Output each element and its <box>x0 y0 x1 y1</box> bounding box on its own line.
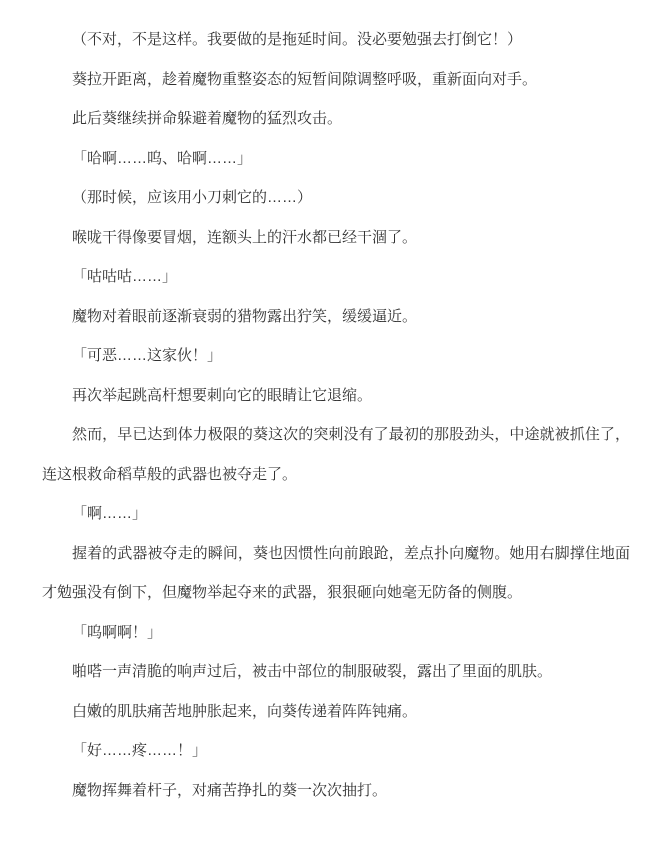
paragraph: 白嫩的肌肤痛苦地肿胀起来，向葵传递着阵阵钝痛。 <box>42 692 630 732</box>
paragraph: 「啊……」 <box>42 494 630 534</box>
paragraph: 「呜啊啊！」 <box>42 613 630 653</box>
paragraph: （那时候，应该用小刀刺它的……） <box>42 178 630 218</box>
paragraph: 再次举起跳高杆想要刺向它的眼睛让它退缩。 <box>42 376 630 416</box>
paragraph: 握着的武器被夺走的瞬间，葵也因惯性向前踉跄，差点扑向魔物。她用右脚撑住地面才勉强… <box>42 534 630 613</box>
paragraph: 魔物对着眼前逐渐衰弱的猎物露出狞笑，缓缓逼近。 <box>42 297 630 337</box>
paragraph: 然而，早已达到体力极限的葵这次的突刺没有了最初的那股劲头，中途就被抓住了，连这根… <box>42 415 630 494</box>
novel-reader: { "page": { "background_color": "#ffffff… <box>0 0 650 850</box>
paragraph: 「好……疼……！」 <box>42 731 630 771</box>
paragraph: 「咕咕咕……」 <box>42 257 630 297</box>
paragraph: 葵拉开距离，趁着魔物重整姿态的短暂间隙调整呼吸，重新面向对手。 <box>42 60 630 100</box>
paragraph: 「可恶……这家伙！」 <box>42 336 630 376</box>
paragraph: 此后葵继续拼命躲避着魔物的猛烈攻击。 <box>42 99 630 139</box>
novel-text-page: （不对，不是这样。我要做的是拖延时间。没必要勉强去打倒它！）葵拉开距离，趁着魔物… <box>0 0 650 850</box>
paragraph: 「哈啊……呜、哈啊……」 <box>42 139 630 179</box>
paragraph: 啪嗒一声清脆的响声过后，被击中部位的制服破裂，露出了里面的肌肤。 <box>42 652 630 692</box>
paragraph: （不对，不是这样。我要做的是拖延时间。没必要勉强去打倒它！） <box>42 20 630 60</box>
paragraph: 魔物挥舞着杆子，对痛苦挣扎的葵一次次抽打。 <box>42 771 630 811</box>
paragraph: 喉咙干得像要冒烟，连额头上的汗水都已经干涸了。 <box>42 218 630 258</box>
